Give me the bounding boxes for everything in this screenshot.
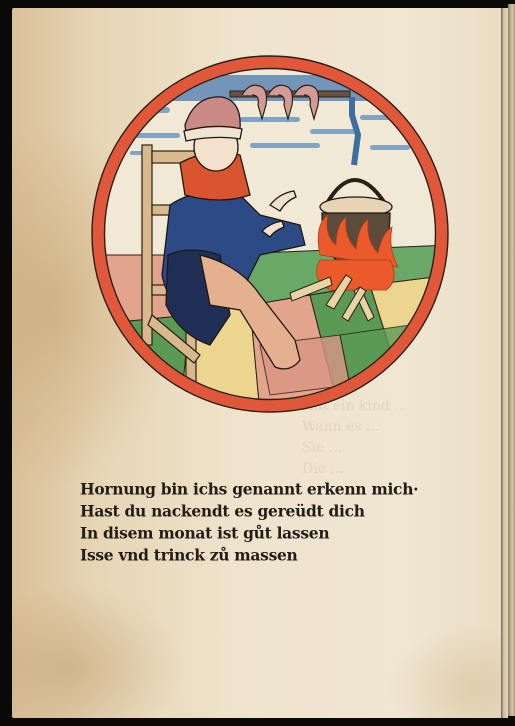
bleed-through-line: Sie ... [302, 440, 342, 456]
book-fore-edge [508, 4, 515, 716]
verse-line: In disem monat ist gůt lassen [80, 521, 440, 544]
woodcut-roundel-illustration [90, 55, 450, 413]
verse-line: Hornung bin ichs genannt erkenn mich· [80, 477, 440, 500]
verse-text-block: Hornung bin ichs genannt erkenn mich· Ha… [80, 478, 440, 566]
verse-line: Hast du nackendt es gereüdt dich [80, 499, 440, 522]
bleed-through-line: Die ... [302, 461, 344, 477]
verse-line: Isse vnd trinck zů massen [80, 543, 440, 566]
page-edge-shadow [501, 8, 508, 718]
bleed-through-line: Wann es ... [302, 419, 379, 435]
